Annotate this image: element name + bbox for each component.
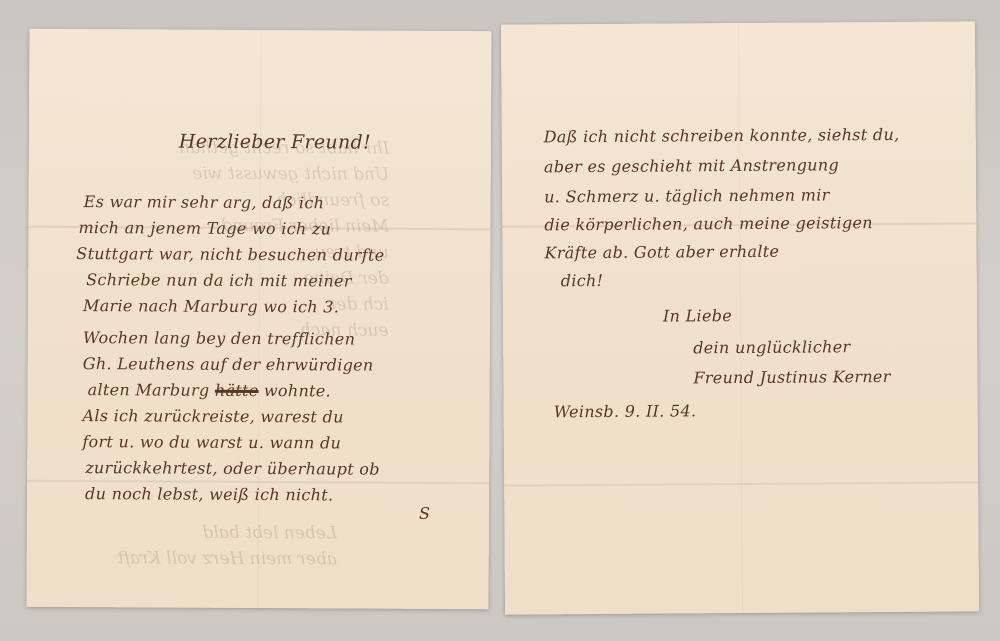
letter-line-end: wohnte. [264,381,331,400]
letter-line: Als ich zurückreiste, warest du [82,403,343,430]
letter-page-left: Ihr habt so recht gethan Und nicht gewus… [26,29,491,609]
letter-line: Marie nach Marburg wo ich 3. [83,293,339,320]
salutation: Herzlieber Freund! [179,130,371,157]
date: Weinsb. 9. II. 54. [554,398,697,424]
fold-crease [738,23,743,613]
closing: In Liebe [663,303,732,329]
letter-line: alten Marburg hätte wohnte. [88,377,331,404]
page-mark: S [419,501,430,527]
closing-2: dein unglücklicher [693,334,850,361]
letter-line: zurückkehrtest, oder überhaupt ob [85,455,380,482]
letter-line: dich! [561,268,604,294]
letter-line: u. Schmerz u. täglich nehmen mir [544,182,830,209]
letter-line: Stuttgart war, nicht besuchen durfte [76,241,384,268]
letter-line-text: alten Marburg [88,380,210,400]
letter-line: die körperlichen, auch meine geistigen [544,210,873,238]
letter-line: Daß ich nicht schreiben konnte, siehst d… [544,122,900,150]
letter-line: Wochen lang bey den trefflichen [83,325,355,352]
letter-line: fort u. wo du warst u. wann du [82,429,341,456]
letter-line: aber es geschieht mit Anstrengung [544,152,839,180]
bleed-through-text: Leben lebt bald aber mein Herz voll Kraf… [117,519,337,572]
letter-line: Es war mir sehr arg, daß ich [84,189,325,216]
letter-line: du noch lebst, weiß ich nicht. [85,481,333,508]
letter-line: Kräfte ab. Gott aber erhalte [544,239,779,266]
letter-line: Schriebe nun da ich mit meiner [86,267,352,294]
signature: Freund Justinus Kerner [693,364,890,391]
letter-line: mich an jenem Tage wo ich zu [78,215,331,242]
struck-word: hätte [215,381,259,400]
letter-page-right: Daß ich nicht schreiben konnte, siehst d… [501,21,979,614]
letter-line: Gh. Leuthens auf der ehrwürdigen [83,351,374,378]
